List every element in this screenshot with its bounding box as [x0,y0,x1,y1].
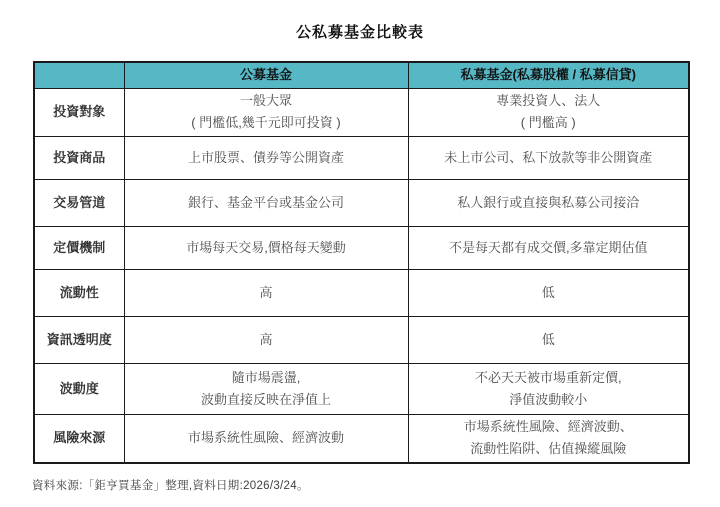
private-fund-cell: 不是每天都有成交價,多靠定期估值 [408,226,689,269]
table-row-liquidity: 流動性 高 低 [34,269,689,316]
private-fund-cell: 專業投資人、法人 ( 門檻高 ) [408,88,689,136]
row-label: 資訊透明度 [34,316,124,363]
private-fund-cell: 低 [408,316,689,363]
header-cell-empty [34,62,124,88]
source-note: 資料來源:「鉅亨買基金」整理,資料日期:2026/3/24。 [32,477,309,493]
public-fund-cell: 高 [124,316,408,363]
private-fund-cell: 市場系統性風險、經濟波動、 流動性陷阱、估值操縱風險 [408,414,689,463]
row-label: 流動性 [34,269,124,316]
private-fund-cell: 私人銀行或直接與私募公司接洽 [408,179,689,226]
public-fund-cell: 市場系統性風險、經濟波動 [124,414,408,463]
private-fund-cell: 未上市公司、私下放款等非公開資產 [408,136,689,179]
fund-comparison-table: 公募基金 私募基金(私募股權 / 私募信貸) 投資對象 一般大眾 ( 門檻低,幾… [33,61,690,464]
private-fund-cell: 不必天天被市場重新定價, 淨值波動較小 [408,363,689,414]
public-fund-cell: 高 [124,269,408,316]
row-label: 波動度 [34,363,124,414]
header-cell-public-fund: 公募基金 [124,62,408,88]
row-label: 風險來源 [34,414,124,463]
header-row: 公募基金 私募基金(私募股權 / 私募信貸) [34,62,689,88]
table-row-investor: 投資對象 一般大眾 ( 門檻低,幾千元即可投資 ) 專業投資人、法人 ( 門檻高… [34,88,689,136]
header-cell-private-fund: 私募基金(私募股權 / 私募信貸) [408,62,689,88]
row-label: 定價機制 [34,226,124,269]
public-fund-cell: 上市股票、債券等公開資產 [124,136,408,179]
table-row-volatility: 波動度 隨市場震盪, 波動直接反映在淨值上 不必天天被市場重新定價, 淨值波動較… [34,363,689,414]
public-fund-cell: 市場每天交易,價格每天變動 [124,226,408,269]
table-row-pricing: 定價機制 市場每天交易,價格每天變動 不是每天都有成交價,多靠定期估值 [34,226,689,269]
public-fund-cell: 隨市場震盪, 波動直接反映在淨值上 [124,363,408,414]
table-row-products: 投資商品 上市股票、債券等公開資產 未上市公司、私下放款等非公開資產 [34,136,689,179]
public-fund-cell: 一般大眾 ( 門檻低,幾千元即可投資 ) [124,88,408,136]
row-label: 投資商品 [34,136,124,179]
page-title: 公私募基金比較表 [0,21,720,42]
table-row-channels: 交易管道 銀行、基金平台或基金公司 私人銀行或直接與私募公司接洽 [34,179,689,226]
table-row-risk-sources: 風險來源 市場系統性風險、經濟波動 市場系統性風險、經濟波動、 流動性陷阱、估值… [34,414,689,463]
public-fund-cell: 銀行、基金平台或基金公司 [124,179,408,226]
private-fund-cell: 低 [408,269,689,316]
row-label: 投資對象 [34,88,124,136]
table-row-transparency: 資訊透明度 高 低 [34,316,689,363]
row-label: 交易管道 [34,179,124,226]
